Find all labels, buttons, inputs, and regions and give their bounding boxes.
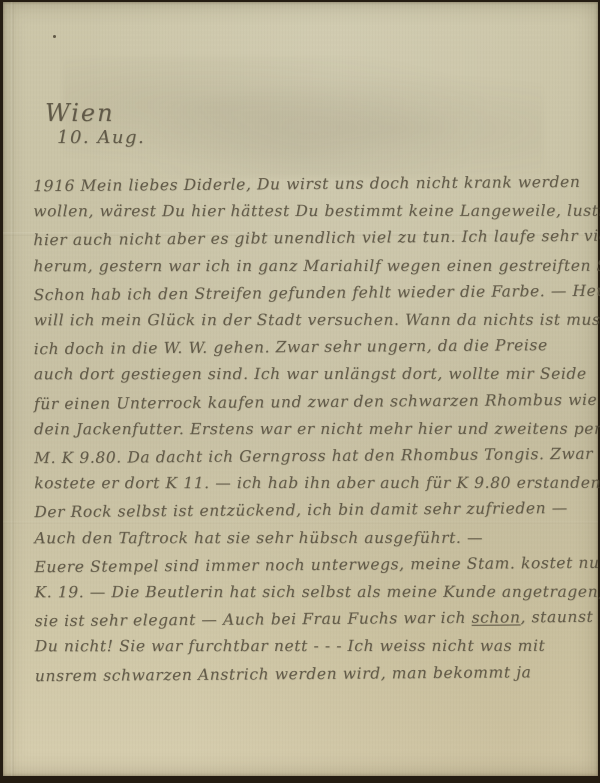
letter-line: 1916 Mein liebes Diderle, Du wirst uns d… — [33, 169, 587, 201]
letter-line: hier auch nicht aber es gibt unendlich v… — [33, 223, 587, 255]
letter-body: 1916 Mein liebes Diderle, Du wirst uns d… — [33, 170, 589, 689]
letter-line: ich doch in die W. W. gehen. Zwar sehr u… — [34, 332, 588, 364]
letter-line: sie ist sehr elegant — Auch bei Frau Fuc… — [35, 604, 589, 636]
letter-line: M. K 9.80. Da dacht ich Gerngross hat de… — [34, 441, 588, 473]
letter-page: Wien 10. Aug. 1916 Mein liebes Diderle, … — [3, 2, 598, 776]
letter-place: Wien — [45, 100, 145, 126]
letter-line: kostete er dort K 11. — ich hab ihn aber… — [34, 470, 588, 498]
letter-line: Euere Stempel sind immer noch unterwegs,… — [34, 550, 588, 582]
paper-speck — [53, 35, 56, 38]
letter-line: dein Jackenfutter. Erstens war er nicht … — [34, 416, 588, 444]
letter-line: will ich mein Glück in der Stadt versuch… — [34, 307, 588, 335]
letter-heading: Wien 10. Aug. — [45, 100, 145, 150]
letter-line: Auch den Taftrock hat sie sehr hübsch au… — [34, 524, 588, 552]
letter-line: Der Rock selbst ist entzückend, ich bin … — [34, 495, 588, 527]
letter-line: herum, gestern war ich in ganz Mariahilf… — [33, 252, 587, 280]
vertical-fold-crease — [11, 2, 14, 776]
letter-line: für einen Unterrock kaufen und zwar den … — [34, 386, 588, 418]
letter-line: auch dort gestiegen sind. Ich war unläng… — [34, 361, 588, 389]
letter-line: K. 19. — Die Beutlerin hat sich selbst a… — [35, 579, 589, 607]
letter-line: Schon hab ich den Streifen gefunden fehl… — [33, 278, 587, 310]
letter-date: 10. Aug. — [57, 126, 145, 150]
letter-line: unsrem schwarzen Anstrich werden wird, m… — [35, 658, 589, 690]
letter-line: Du nicht! Sie war furchtbar nett - - - I… — [35, 633, 589, 661]
letter-line: wollen, wärest Du hier hättest Du bestim… — [33, 198, 587, 226]
letter-photograph: Wien 10. Aug. 1916 Mein liebes Diderle, … — [0, 0, 600, 783]
